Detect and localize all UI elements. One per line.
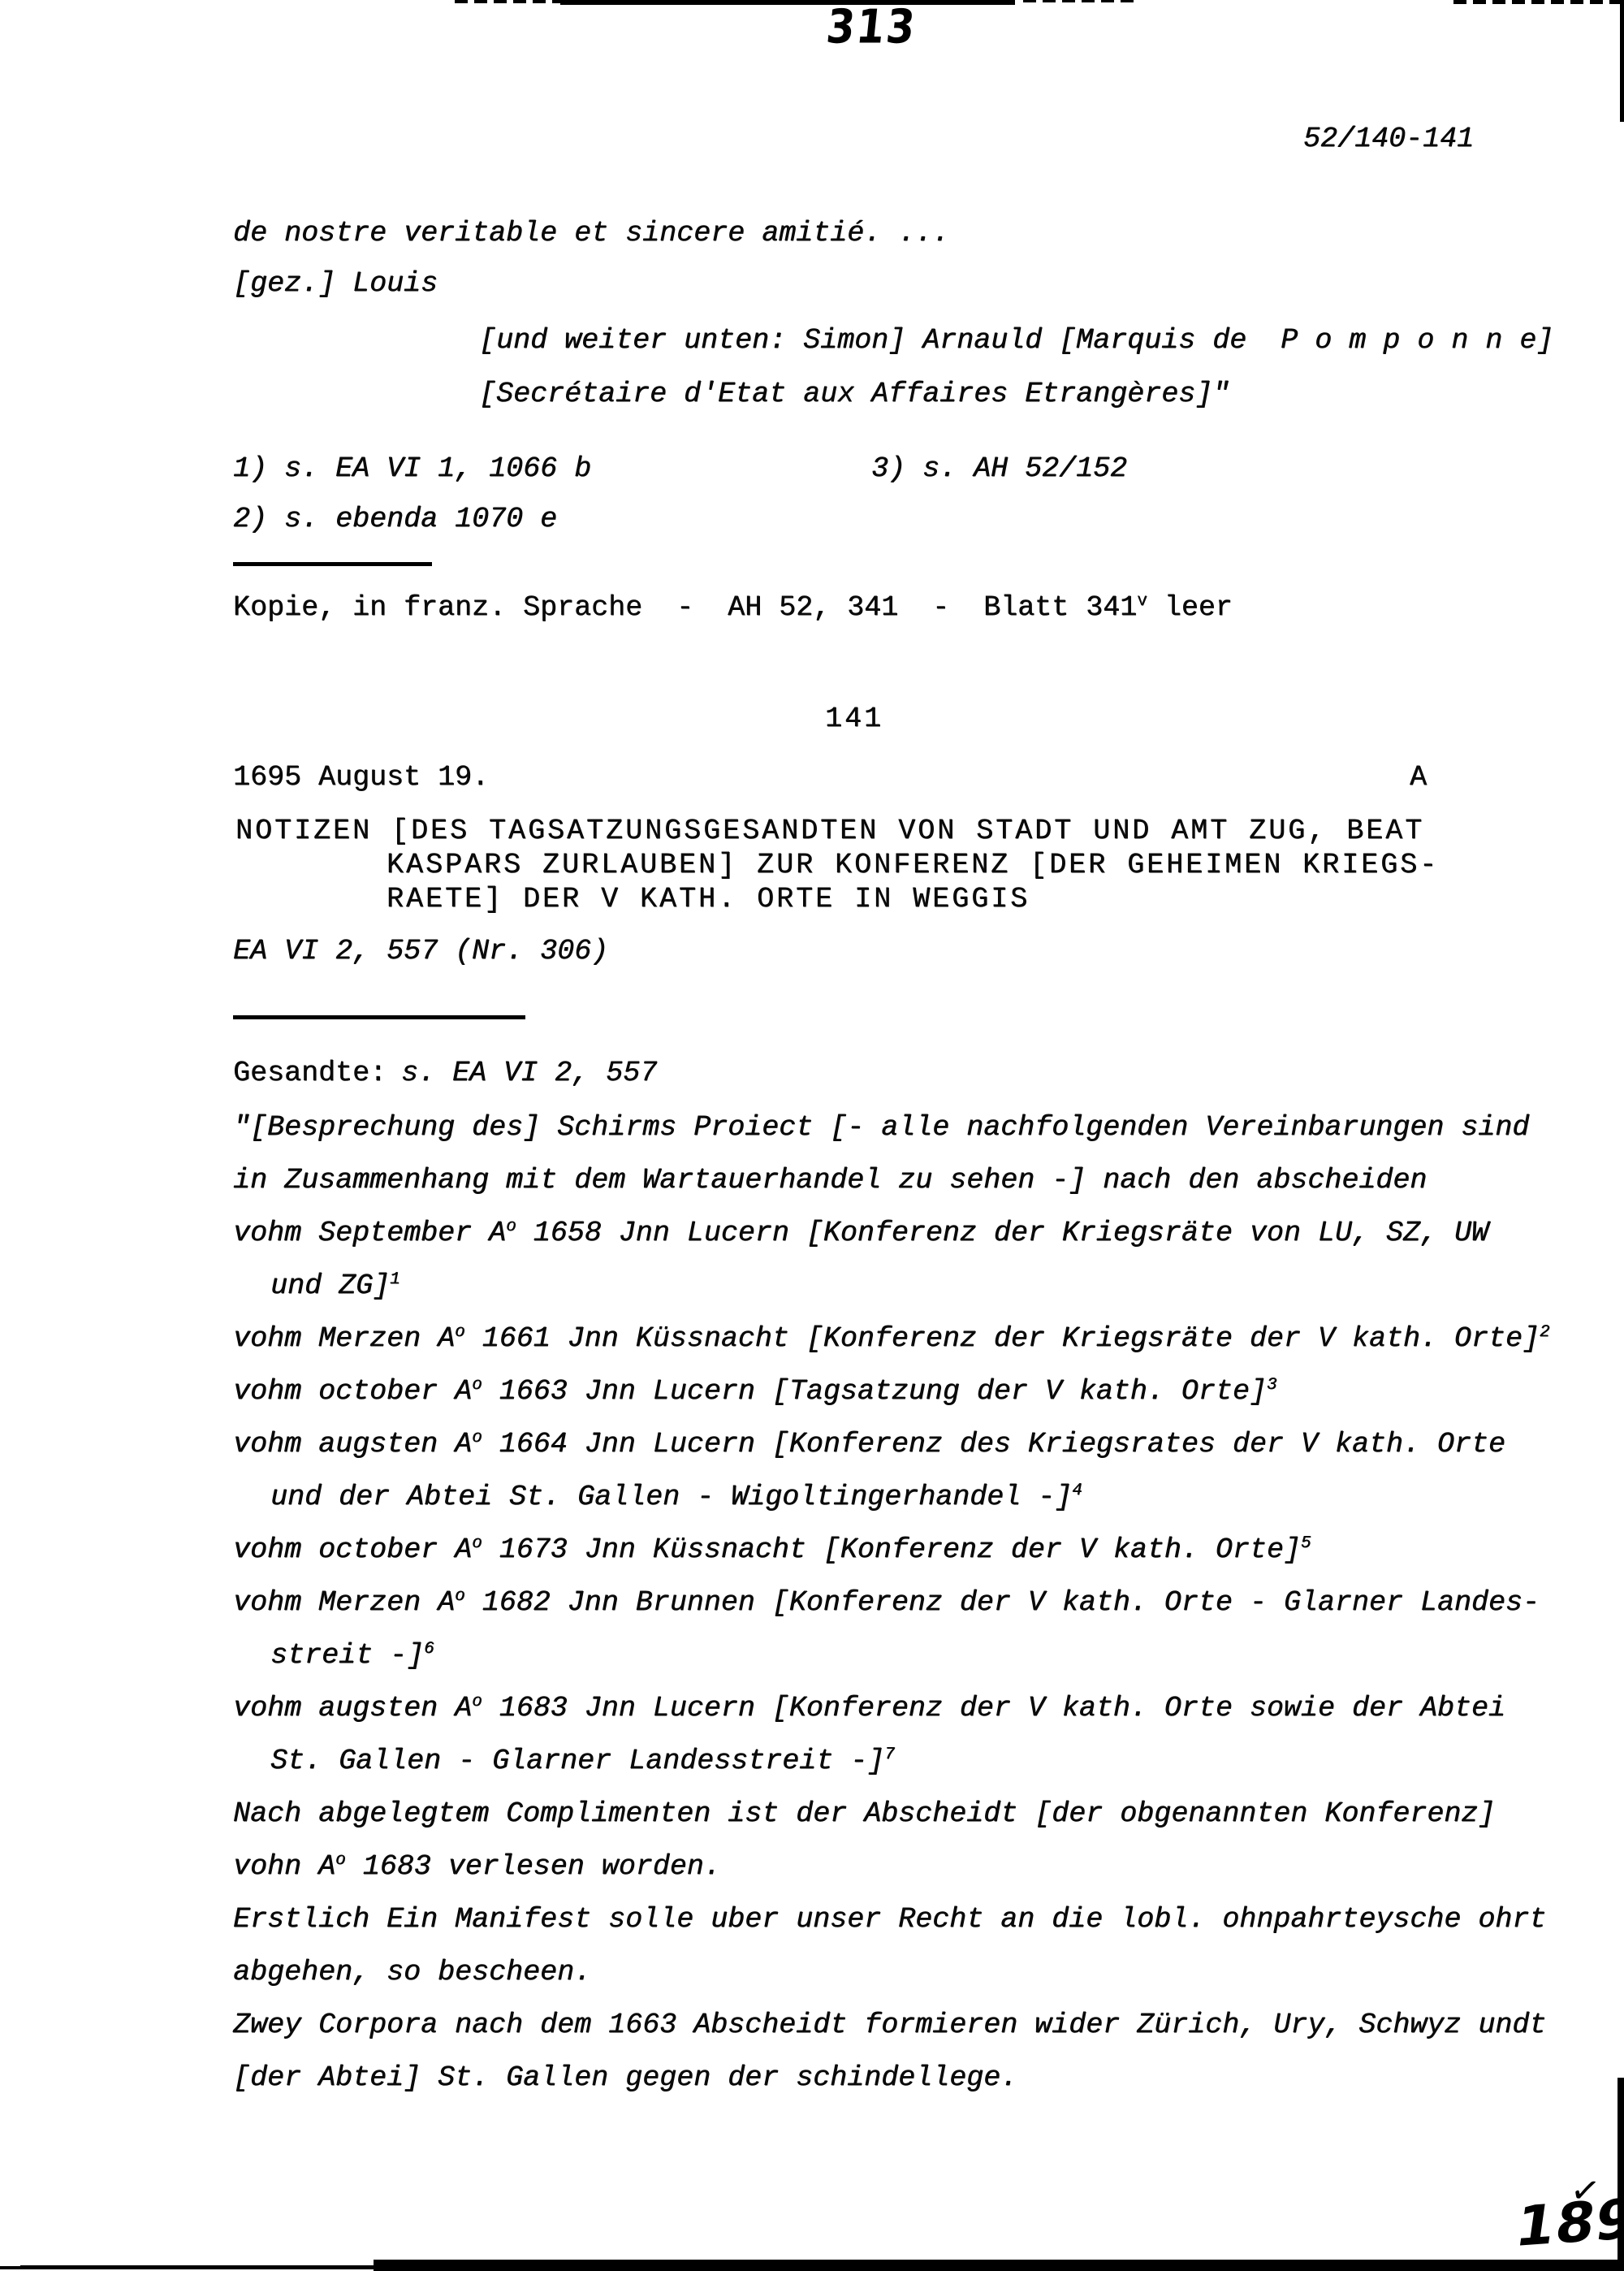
handwritten-page-number-top: 313 bbox=[823, 0, 918, 54]
body-line: St. Gallen - Glarner Landesstreit -]7 bbox=[233, 1735, 1549, 1788]
text-segment: vohm September A bbox=[233, 1217, 506, 1249]
body-line: und ZG]1 bbox=[233, 1260, 1549, 1313]
doc-reference: 52/140-141 bbox=[1303, 122, 1474, 156]
body-line: vohm augsten Ao 1683 Jnn Lucern [Konfere… bbox=[233, 1682, 1549, 1735]
superscript: o bbox=[472, 1429, 482, 1447]
divider-rule-2 bbox=[233, 1015, 525, 1019]
body-line: vohn Ao 1683 verlesen worden. bbox=[233, 1841, 1549, 1893]
superscript: o bbox=[472, 1534, 482, 1553]
entry-title-line-2: KASPARS ZURLAUBEN] ZUR KONFERENZ [DER GE… bbox=[387, 848, 1439, 882]
text-segment: 1683 Jnn Lucern [Konferenz der V kath. O… bbox=[482, 1692, 1505, 1724]
text-segment: vohm october A bbox=[233, 1375, 472, 1408]
text-segment: 1682 Jnn Brunnen [Konferenz der V kath. … bbox=[465, 1586, 1540, 1619]
handwritten-page-number-bottom: 189 bbox=[1511, 2187, 1624, 2260]
superscript: o bbox=[455, 1587, 465, 1606]
body-line: Erstlich Ein Manifest solle uber unser R… bbox=[233, 1893, 1549, 1946]
provenance-superscript: v bbox=[1137, 592, 1147, 611]
provenance-line: Kopie, in franz. Sprache - AH 52, 341 - … bbox=[233, 590, 1233, 625]
body-line: vohm Merzen Ao 1682 Jnn Brunnen [Konfere… bbox=[233, 1577, 1549, 1629]
body-line: abgehen, so bescheen. bbox=[233, 1946, 1549, 1999]
text-segment: 1664 Jnn Lucern [Konferenz des Kriegsrat… bbox=[482, 1428, 1505, 1460]
body-text: "[Besprechung des] Schirms Proiect [- al… bbox=[233, 1101, 1549, 2104]
footnote-3: 3) s. AH 52/152 bbox=[871, 452, 1127, 486]
text-segment: vohm Merzen A bbox=[233, 1322, 455, 1355]
text-segment: vohn A bbox=[233, 1850, 335, 1883]
body-line: vohm october Ao 1663 Jnn Lucern [Tagsatz… bbox=[233, 1365, 1549, 1418]
document-scan-page: 313 ✓ 189 52/140-141 de nostre veritable… bbox=[0, 0, 1624, 2271]
text-segment: 1658 Jnn Lucern [Konferenz der Kriegsrät… bbox=[516, 1217, 1488, 1249]
gesandte-label: Gesandte: bbox=[233, 1057, 387, 1089]
quote-line-2: [gez.] Louis bbox=[233, 266, 438, 301]
text-segment: 1663 Jnn Lucern [Tagsatzung der V kath. … bbox=[482, 1375, 1267, 1408]
body-line: Nach abgelegtem Complimenten ist der Abs… bbox=[233, 1788, 1549, 1841]
text-segment: [der Abtei] St. Gallen gegen der schinde… bbox=[233, 2061, 1017, 2094]
body-line: Zwey Corpora nach dem 1663 Abscheidt for… bbox=[233, 1999, 1549, 2052]
entry-letter: A bbox=[1410, 760, 1427, 794]
scan-edge-bottom-bar bbox=[374, 2260, 1624, 2271]
text-segment: streit -] bbox=[270, 1639, 424, 1672]
scan-edge-top-middle bbox=[560, 0, 1015, 5]
text-segment: Nach abgelegtem Complimenten ist der Abs… bbox=[233, 1797, 1495, 1830]
text-segment: vohm Merzen A bbox=[233, 1586, 455, 1619]
body-line: vohm Merzen Ao 1661 Jnn Küssnacht [Konfe… bbox=[233, 1313, 1549, 1365]
scan-edge-bottom-thin bbox=[20, 2265, 374, 2269]
quote-line-1: de nostre veritable et sincere amitié. .… bbox=[233, 216, 949, 250]
footnote-1: 1) s. EA VI 1, 1066 b bbox=[233, 452, 591, 486]
text-segment: St. Gallen - Glarner Landesstreit -] bbox=[270, 1745, 884, 1777]
gesandte-value: s. EA VI 2, 557 bbox=[401, 1057, 657, 1089]
scan-edge-top-right bbox=[1453, 0, 1624, 4]
text-segment: und der Abtei St. Gallen - Wigoltingerha… bbox=[270, 1481, 1072, 1513]
text-segment: vohm october A bbox=[233, 1533, 472, 1566]
body-line: [der Abtei] St. Gallen gegen der schinde… bbox=[233, 2052, 1549, 2104]
superscript: 2 bbox=[1540, 1323, 1550, 1342]
scan-edge-bottom-left-tick bbox=[0, 2266, 20, 2269]
superscript: 6 bbox=[424, 1640, 434, 1659]
scan-edge-top-right-dashes bbox=[1023, 0, 1137, 2]
text-segment: Erstlich Ein Manifest solle uber unser R… bbox=[233, 1903, 1546, 1936]
text-segment: Zwey Corpora nach dem 1663 Abscheidt for… bbox=[233, 2009, 1546, 2041]
quote-line-3: [und weiter unten: Simon] Arnauld [Marqu… bbox=[479, 323, 1553, 357]
text-segment: abgehen, so bescheen. bbox=[233, 1956, 591, 1988]
quote-line-4: [Secrétaire d'Etat aux Affaires Etrangèr… bbox=[479, 377, 1229, 411]
scan-edge-right-top bbox=[1620, 0, 1624, 122]
body-line: "[Besprechung des] Schirms Proiect [- al… bbox=[233, 1101, 1549, 1154]
footnote-2: 2) s. ebenda 1070 e bbox=[233, 502, 557, 536]
superscript: o bbox=[335, 1851, 346, 1870]
text-segment: 1683 verlesen worden. bbox=[346, 1850, 721, 1883]
divider-rule-1 bbox=[233, 562, 432, 566]
superscript: 5 bbox=[1301, 1534, 1311, 1553]
body-line: vohm September Ao 1658 Jnn Lucern [Konfe… bbox=[233, 1207, 1549, 1260]
text-segment: vohm augsten A bbox=[233, 1428, 472, 1460]
entry-title-line-3: RAETE] DER V KATH. ORTE IN WEGGIS bbox=[387, 882, 1030, 916]
superscript: o bbox=[506, 1218, 516, 1236]
superscript: o bbox=[472, 1693, 482, 1711]
superscript: 7 bbox=[884, 1745, 895, 1764]
provenance-text: Kopie, in franz. Sprache - AH 52, 341 - … bbox=[233, 591, 1137, 624]
entry-title-line-1: NOTIZEN [DES TAGSATZUNGSGESANDTEN VON ST… bbox=[235, 814, 1424, 848]
superscript: o bbox=[472, 1376, 482, 1395]
body-line: in Zusammenhang mit dem Wartauerhandel z… bbox=[233, 1154, 1549, 1207]
superscript: 1 bbox=[390, 1270, 400, 1289]
provenance-text-after: leer bbox=[1147, 591, 1233, 624]
entry-date: 1695 August 19. bbox=[233, 760, 489, 794]
text-segment: und ZG] bbox=[270, 1270, 390, 1302]
superscript: 3 bbox=[1267, 1376, 1277, 1395]
text-segment: 1661 Jnn Küssnacht [Konferenz der Kriegs… bbox=[465, 1322, 1540, 1355]
superscript: 4 bbox=[1072, 1482, 1082, 1500]
scan-edge-top-left bbox=[455, 0, 560, 3]
text-segment: vohm augsten A bbox=[233, 1692, 472, 1724]
body-line: und der Abtei St. Gallen - Wigoltingerha… bbox=[233, 1471, 1549, 1524]
text-segment: "[Besprechung des] Schirms Proiect [- al… bbox=[233, 1111, 1529, 1144]
text-segment: 1673 Jnn Küssnacht [Konferenz der V kath… bbox=[482, 1533, 1301, 1566]
entry-number: 141 bbox=[825, 702, 883, 736]
body-line: vohm augsten Ao 1664 Jnn Lucern [Konfere… bbox=[233, 1418, 1549, 1471]
entry-source: EA VI 2, 557 (Nr. 306) bbox=[233, 934, 608, 968]
superscript: o bbox=[455, 1323, 465, 1342]
text-segment: in Zusammenhang mit dem Wartauerhandel z… bbox=[233, 1164, 1427, 1196]
body-line: streit -]6 bbox=[233, 1629, 1549, 1682]
body-line: vohm october Ao 1673 Jnn Küssnacht [Konf… bbox=[233, 1524, 1549, 1577]
gesandte-line: Gesandte:s. EA VI 2, 557 bbox=[233, 1056, 657, 1090]
